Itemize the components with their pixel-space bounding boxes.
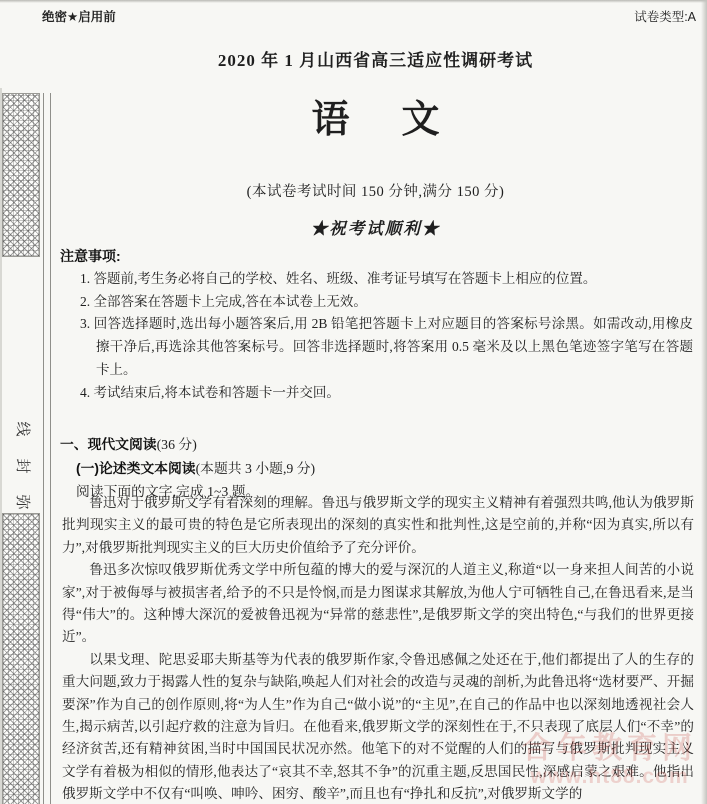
exam-session-title: 2020 年 1 月山西省高三适应性调研考试 [52, 46, 699, 71]
passage-paragraph-3: 以果戈理、陀思妥耶夫斯基等为代表的俄罗斯作家,令鲁迅感佩之处还在于,他们都提出了… [62, 649, 694, 804]
subject-title: 语 文 [52, 88, 699, 143]
subsection-title: (一)论述类文本阅读 [76, 461, 196, 476]
subsection-meta: (本题共 3 小题,9 分) [196, 461, 316, 476]
note-item-1: 1. 答题前,考生务必将自己的学校、姓名、班级、准考证号填写在答题卡上相应的位置… [60, 268, 693, 291]
seal-char-xian: 线 [13, 420, 31, 438]
reading-passage: 鲁迅对于俄罗斯文学有着深刻的理解。鲁迅与俄罗斯文学的现实主义精神有着强烈共鸣,他… [62, 492, 694, 804]
subject-char-wen: 文 [402, 88, 440, 143]
security-classification-label: 绝密★启用前 [42, 7, 116, 25]
seal-pattern-bottom [2, 513, 40, 804]
part-one-score: (36 分) [157, 437, 197, 452]
seal-rule-outer [50, 93, 51, 804]
scan-edge-right [701, 0, 707, 804]
scan-edge-top [0, 0, 707, 3]
subsection-heading: (一)论述类文本阅读(本题共 3 小题,9 分) [60, 457, 693, 481]
seal-char-feng: 封 [13, 457, 31, 475]
part-one-title: 一、现代文阅读 [60, 437, 157, 452]
exam-duration-info: (本试卷考试时间 150 分钟,满分 150 分) [52, 180, 699, 201]
note-item-2: 2. 全部答案在答题卡上完成,答在本试卷上无效。 [60, 291, 693, 314]
subject-char-yu: 语 [311, 88, 349, 143]
seal-char-mi: 弥 [13, 493, 31, 511]
part-one-heading: 一、现代文阅读(36 分) [60, 433, 693, 457]
notes-heading: 注意事项: [60, 245, 693, 268]
passage-paragraph-2: 鲁迅多次惊叹俄罗斯优秀文学中所包蕴的博大的爱与深沉的人道主义,称道“以一身来担人… [62, 559, 694, 649]
note-item-3: 3. 回答选择题时,选出每小题答案后,用 2B 铅笔把答题卡上对应题目的答案标号… [60, 313, 693, 381]
seal-rule-inner [43, 93, 44, 804]
paper-type-label: 试卷类型:A [634, 7, 696, 25]
seal-pattern-top [2, 93, 40, 257]
note-item-4: 4. 考试结束后,将本试卷和答题卡一并交回。 [60, 382, 693, 405]
exam-paper-page: 线 封 弥 绝密★启用前 试卷类型:A 2020 年 1 月山西省高三适应性调研… [0, 0, 707, 804]
good-luck-banner: ★祝考试顺利★ [52, 215, 699, 239]
notes-section: 注意事项: 1. 答题前,考生务必将自己的学校、姓名、班级、准考证号填写在答题卡… [60, 245, 693, 404]
passage-paragraph-1: 鲁迅对于俄罗斯文学有着深刻的理解。鲁迅与俄罗斯文学的现实主义精神有着强烈共鸣,他… [62, 492, 694, 559]
